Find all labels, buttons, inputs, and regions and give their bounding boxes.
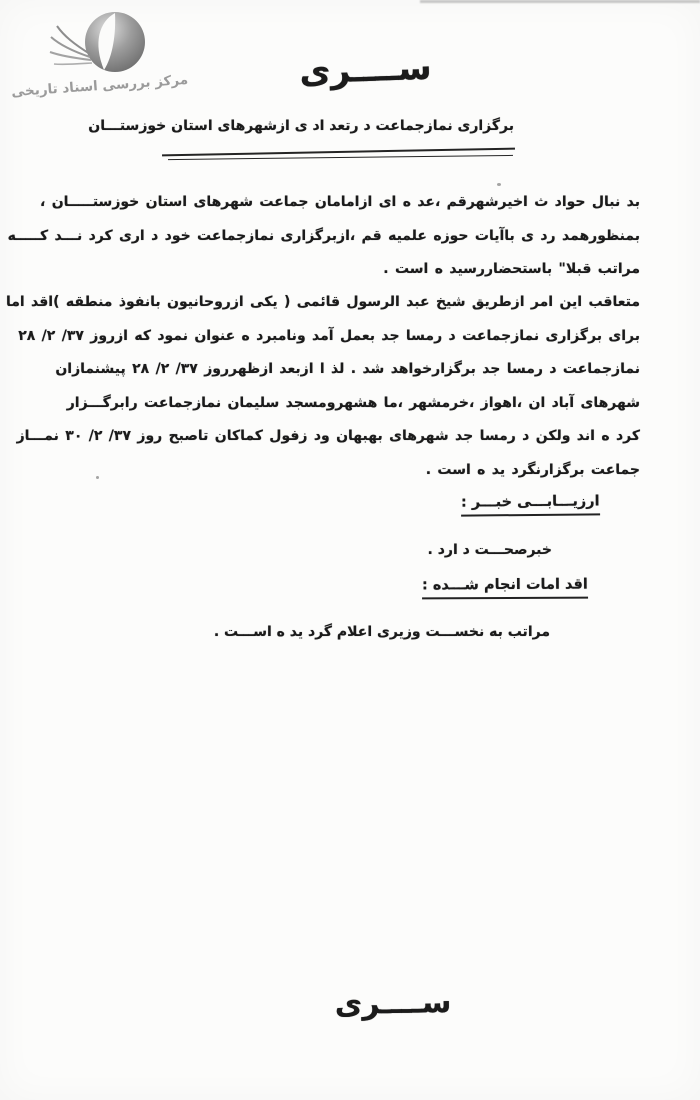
paragraph-2: متعاقب این امر ازطریق شیخ عبد الرسول قائ…: [28, 286, 640, 487]
text-line: مراتب قبلا" باستحضاررسید ه است .: [28, 253, 640, 287]
scan-speck: [497, 183, 501, 186]
logo-caption: مرکز بررسی اسناد تاریخی: [12, 72, 189, 100]
evaluation-heading: ارزیـــابـــی خبـــر :: [461, 493, 600, 516]
text-line: جماعت برگزارنگرد ید ه است .: [28, 454, 640, 488]
classification-secret-top: ســــری: [277, 47, 453, 93]
logo-graphic: مرکز بررسی اسناد تاریخی: [12, 6, 192, 102]
scanned-document-page: مرکز بررسی اسناد تاریخی ســــری برگزاری …: [0, 0, 700, 1100]
archive-logo: مرکز بررسی اسناد تاریخی: [12, 6, 192, 102]
evaluation-text: خبرصحـــت د ارد .: [428, 542, 552, 558]
document-title: برگزاری نمازجماعت د رتعد اد ی ازشهرهای ا…: [88, 118, 514, 134]
text-line: بمنظورهمد رد ی باآیات حوزه علمیه قم ،ازب…: [28, 220, 640, 254]
text-line: شهرهای آباد ان ،اهواز ،خرمشهر ،ما هشهروم…: [28, 387, 640, 421]
classification-secret-bottom: ســــری: [318, 985, 469, 1023]
paragraph-1: بد نبال حواد ث اخیرشهرقم ،عد ه ای ازامام…: [28, 186, 640, 287]
text-line: کرد ه اند ولکن د رمسا جد شهرهای بهبهان و…: [28, 420, 640, 454]
text-line: بد نبال حواد ث اخیرشهرقم ،عد ه ای ازامام…: [28, 186, 640, 220]
logo-book-globe-icon: [50, 12, 145, 72]
scan-speck: [96, 476, 99, 479]
text-line: برای برگزاری نمازجماعت د رمسا جد بعمل آم…: [28, 320, 640, 354]
actions-text: مراتب به نخســـت وزیری اعلام گرد ید ه اس…: [214, 624, 550, 640]
text-line: متعاقب این امر ازطریق شیخ عبد الرسول قائ…: [28, 286, 640, 320]
text-line: نمازجماعت د رمسا جد برگزارخواهد شد . لذ …: [28, 353, 640, 387]
title-underline-second: [168, 155, 513, 160]
actions-heading: اقد امات انجام شـــده :: [422, 577, 588, 600]
